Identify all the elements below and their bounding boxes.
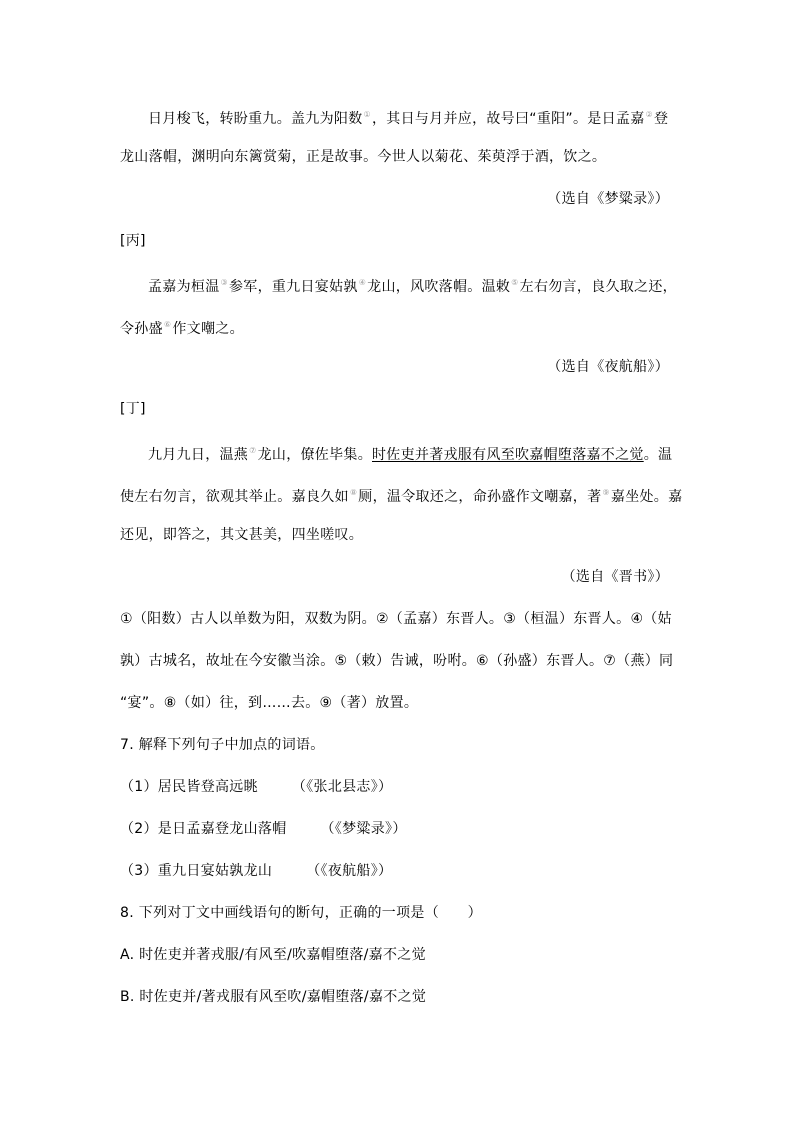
text: ，其日与月并应，故号曰“重阳”。是日孟嘉: [372, 111, 645, 127]
footnote-marker-6: ⑥: [164, 320, 171, 329]
footnote-marker-2: ②: [646, 110, 653, 119]
text: 使左右勿言，欲观其举止。嘉良久如: [120, 489, 349, 505]
question-8-option-b: B. 时佐吏并/著戎服有风至吹/嘉帽堕落/嘉不之觉: [120, 983, 669, 1025]
text: 左右勿言，良久取之还，: [520, 279, 677, 295]
footnote-marker-1: ①: [364, 110, 371, 119]
passage-ding-line-1: 九月九日，温燕⑦龙山，僚佐毕集。时佐吏并著戎服有风至吹嘉帽堕落嘉不之觉。温: [120, 437, 669, 479]
footnote-marker-4: ④: [359, 278, 366, 287]
footnote-marker-9: ⑨: [602, 488, 609, 497]
notes-line-1: ①（阳数）古人以单数为阳，双数为阴。②（孟嘉）东晋人。③（桓温）东晋人。④（姑: [120, 605, 669, 647]
text: 登: [654, 111, 668, 127]
text: 参军，重九日宴姑孰: [229, 279, 358, 295]
text: 厕，温令取还之，命孙盛作文嘲嘉，著: [358, 489, 601, 505]
text: 嘉坐处。嘉: [611, 489, 683, 505]
question-7-item-2: （2）是日孟嘉登龙山落帽（《梦粱录》）: [120, 815, 669, 857]
footnote-marker-7: ⑦: [249, 446, 256, 455]
passage-bing-line-2: 令孙盛⑥作文嘲之。: [120, 311, 669, 353]
text: 龙山，僚佐毕集。: [258, 447, 372, 463]
question-7-stem: 7. 解释下列句子中加点的词语。: [120, 731, 669, 773]
text: 作文嘲之。: [172, 321, 244, 337]
document-page: 日月梭飞，转盼重九。盖九为阳数①，其日与月并应，故号曰“重阳”。是日孟嘉②登 龙…: [120, 101, 669, 1025]
footnote-marker-3: ③: [221, 278, 228, 287]
question-7-item-3: （3）重九日宴姑孰龙山（《夜航船》）: [120, 857, 669, 899]
underlined-sentence: 时佐吏并著戎服有风至吹嘉帽堕落嘉不之觉: [372, 447, 644, 463]
question-7-item-1: （1）居民皆登高远眺（《张北县志》）: [120, 773, 669, 815]
question-8-option-a: A. 时佐吏并著戎服/有风至/吹嘉帽堕落/嘉不之觉: [120, 941, 669, 983]
passage-yi-source: （选自《梦粱录》）: [120, 185, 669, 227]
passage-ding-line-2: 使左右勿言，欲观其举止。嘉良久如⑧厕，温令取还之，命孙盛作文嘲嘉，著⑨嘉坐处。嘉: [120, 479, 669, 521]
footnote-marker-5: ⑤: [511, 278, 518, 287]
text: 九月九日，温燕: [148, 447, 248, 463]
passage-bing-source: （选自《夜航船》）: [120, 353, 669, 395]
text: 日月梭飞，转盼重九。盖九为阳数: [148, 111, 363, 127]
passage-ding-label: [丁]: [120, 395, 669, 437]
passage-bing-label: [丙]: [120, 227, 669, 269]
passage-ding-source: （选自《晋书》）: [120, 563, 669, 605]
question-8-stem: 8. 下列对丁文中画线语句的断句，正确的一项是（ ）: [120, 899, 669, 941]
passage-yi-line-1: 日月梭飞，转盼重九。盖九为阳数①，其日与月并应，故号曰“重阳”。是日孟嘉②登: [120, 101, 669, 143]
notes-line-2: 孰）古城名，故址在今安徽当涂。⑤（敕）告诫，吩咐。⑥（孙盛）东晋人。⑦（燕）同: [120, 647, 669, 689]
notes-line-3: “宴”。⑧（如）往，到……去。⑨（著）放置。: [120, 689, 669, 731]
passage-yi-line-2: 龙山落帽，渊明向东篱赏菊，正是故事。今世人以菊花、茱萸浮于酒，饮之。: [120, 143, 669, 185]
text: 令孙盛: [120, 321, 163, 337]
item-text: （2）是日孟嘉登龙山落帽: [120, 821, 287, 837]
text: 龙山，风吹落帽。温敕: [367, 279, 510, 295]
item-source: （《梦粱录》）: [321, 821, 407, 837]
text: 。温: [644, 447, 673, 463]
footnote-marker-8: ⑧: [350, 488, 357, 497]
passage-bing-line-1: 孟嘉为桓温③参军，重九日宴姑孰④龙山，风吹落帽。温敕⑤左右勿言，良久取之还，: [120, 269, 669, 311]
text: 孟嘉为桓温: [148, 279, 220, 295]
item-text: （1）居民皆登高远眺: [120, 779, 258, 795]
item-source: （《张北县志》）: [292, 779, 392, 795]
item-source: （《夜航船》）: [306, 863, 392, 879]
passage-ding-line-3: 还见，即答之，其文甚美，四坐嗟叹。: [120, 521, 669, 563]
item-text: （3）重九日宴姑孰龙山: [120, 863, 272, 879]
